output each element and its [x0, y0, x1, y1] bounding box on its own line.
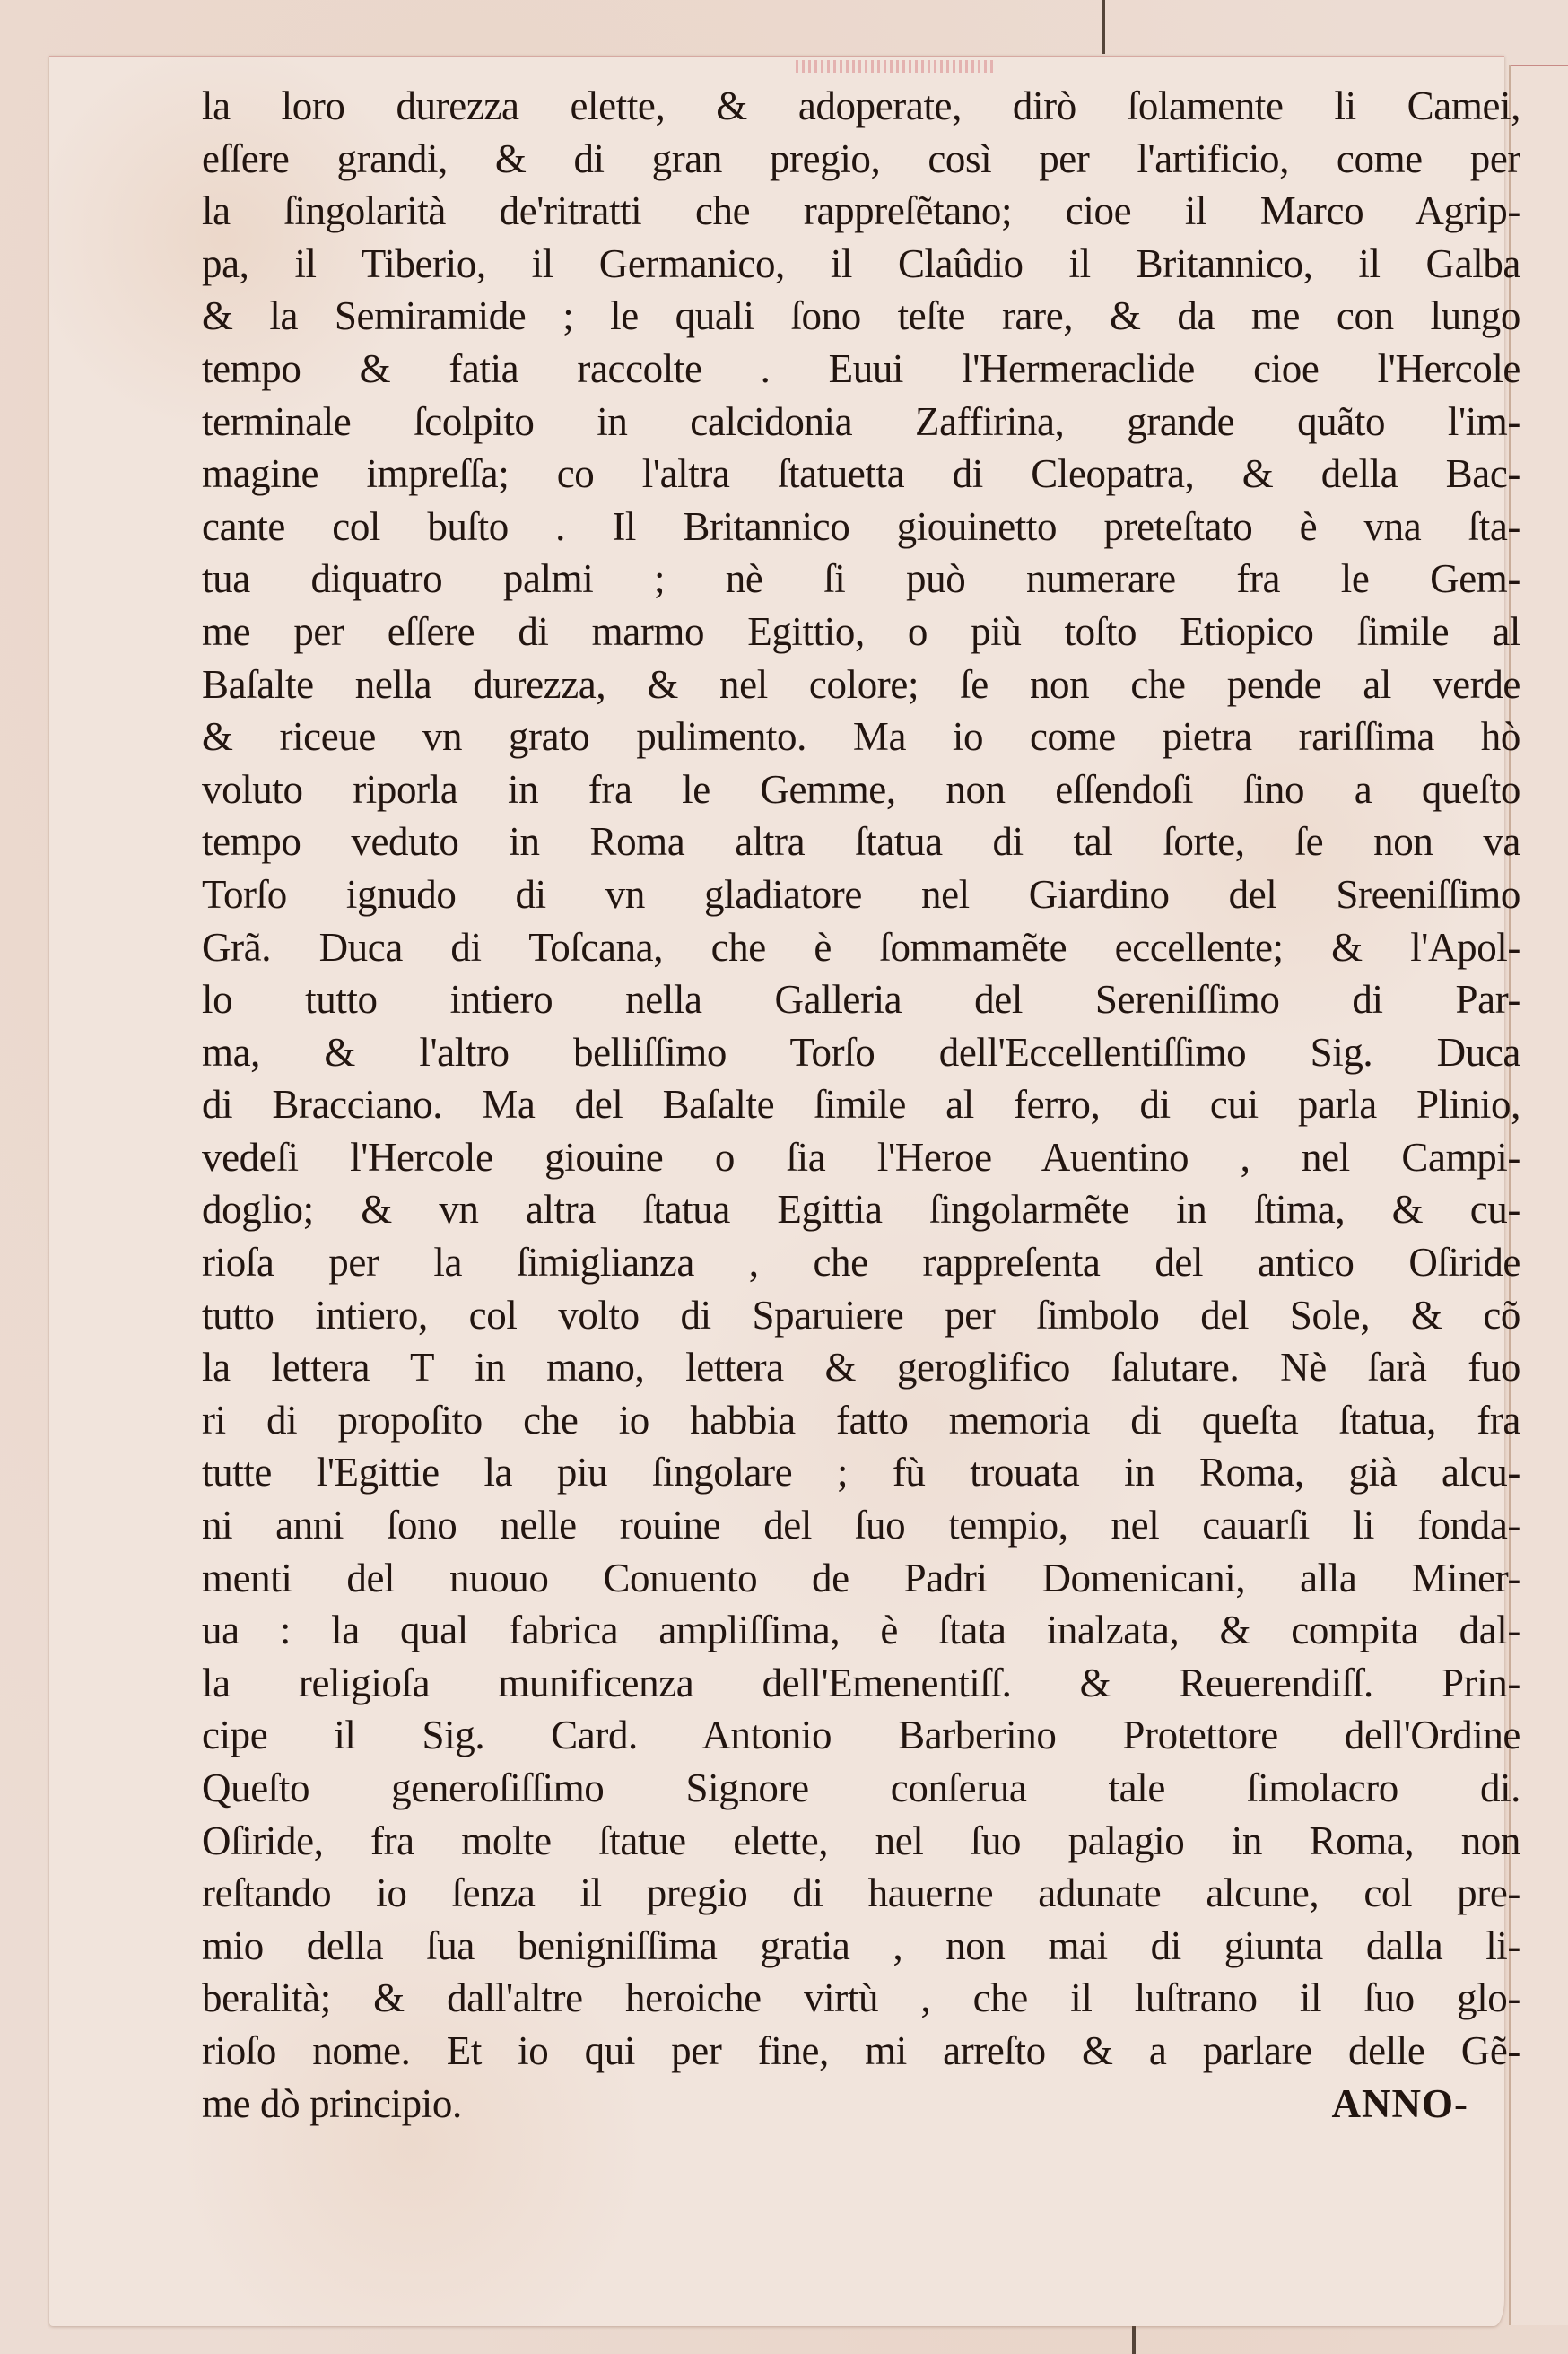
text-line: cipe il Sig. Card. Antonio Barberino Pro…	[202, 1709, 1520, 1762]
red-edge-line	[1511, 65, 1568, 66]
text-line: terminale ſcolpito in calcidonia Zaffiri…	[202, 396, 1520, 449]
text-line: Torſo ignudo di vn gladiatore nel Giardi…	[202, 868, 1520, 921]
text-line: Queſto generoſiſſimo Signore conſerua ta…	[202, 1762, 1520, 1815]
text-line: ni anni ſono nelle rouine del ſuo tempio…	[202, 1499, 1520, 1552]
text-line: tutto intiero, col volto di Sparuiere pe…	[202, 1289, 1520, 1342]
text-line: ma, & l'altro belliſſimo Torſo dell'Ecce…	[202, 1026, 1520, 1079]
text-line: tua diquatro palmi ; nè ſi può numerare …	[202, 553, 1520, 606]
text-line: Oſiride, fra molte ſtatue elette, nel ſu…	[202, 1815, 1520, 1868]
final-line-row: me dò principio. ANNO-	[202, 2078, 1520, 2131]
text-line: rioſo nome. Et io qui per fine, mi arreſ…	[202, 2025, 1520, 2078]
text-line: vedeſi l'Hercole giouine o ſia l'Heroe A…	[202, 1131, 1520, 1184]
text-line: & la Semiramide ; le quali ſono teſte ra…	[202, 290, 1520, 343]
text-line: magine impreſſa; co l'altra ſtatuetta di…	[202, 448, 1520, 501]
text-line: Grã. Duca di Toſcana, che è ſommamẽte ec…	[202, 921, 1520, 974]
text-line: ua : la qual fabrica ampliſſima, è ſtata…	[202, 1604, 1520, 1657]
text-line: Baſalte nella durezza, & nel colore; ſe …	[202, 658, 1520, 711]
text-line: & riceue vn grato pulimento. Ma io come …	[202, 711, 1520, 763]
text-line: me per eſſere di marmo Egittio, o più to…	[202, 606, 1520, 658]
text-line: doglio; & vn altra ſtatua Egittia ſingol…	[202, 1183, 1520, 1236]
text-line: di Bracciano. Ma del Baſalte ſimile al f…	[202, 1078, 1520, 1131]
text-line: tempo & fatia raccolte . Euui l'Hermerac…	[202, 343, 1520, 396]
text-line: lo tutto intiero nella Galleria del Sere…	[202, 973, 1520, 1026]
text-line: ri di propoſito che io habbia fatto memo…	[202, 1394, 1520, 1447]
catchword: ANNO-	[1332, 2078, 1468, 2131]
text-line: beralità; & dall'altre heroiche virtù , …	[202, 1972, 1520, 2025]
text-line: la religioſa munificenza dell'Emenentiſſ…	[202, 1657, 1520, 1710]
text-line: pa, il Tiberio, il Germanico, il Claûdio…	[202, 238, 1520, 291]
text-line: la loro durezza elette, & adoperate, dir…	[202, 80, 1520, 133]
text-line: mio della ſua benigniſſima gratia , non …	[202, 1920, 1520, 1973]
text-line: cante col buſto . Il Britannico giouinet…	[202, 501, 1520, 554]
book-page: la loro durezza elette, & adoperate, dir…	[49, 56, 1504, 2326]
text-line: voluto riporla in fra le Gemme, non eſſe…	[202, 763, 1520, 816]
binding-gutter-top	[1102, 0, 1105, 54]
text-line: la ſingolarità de'ritratti che rappreſẽt…	[202, 185, 1520, 238]
final-text-line: me dò principio.	[202, 2078, 462, 2131]
page-text: la loro durezza elette, & adoperate, dir…	[202, 80, 1520, 2130]
text-line: la lettera T in mano, lettera & geroglif…	[202, 1341, 1520, 1394]
text-line: menti del nuouo Conuento de Padri Domeni…	[202, 1552, 1520, 1605]
text-line: rioſa per la ſimiglianza , che rappreſen…	[202, 1236, 1520, 1289]
text-line: tutte l'Egittie la piu ſingolare ; fù tr…	[202, 1446, 1520, 1499]
library-stamp-trace	[796, 60, 993, 73]
text-line: eſſere grandi, & di gran pregio, così pe…	[202, 133, 1520, 186]
text-line: tempo veduto in Roma altra ſtatua di tal…	[202, 815, 1520, 868]
text-line: reſtando io ſenza il pregio di hauerne a…	[202, 1867, 1520, 1920]
